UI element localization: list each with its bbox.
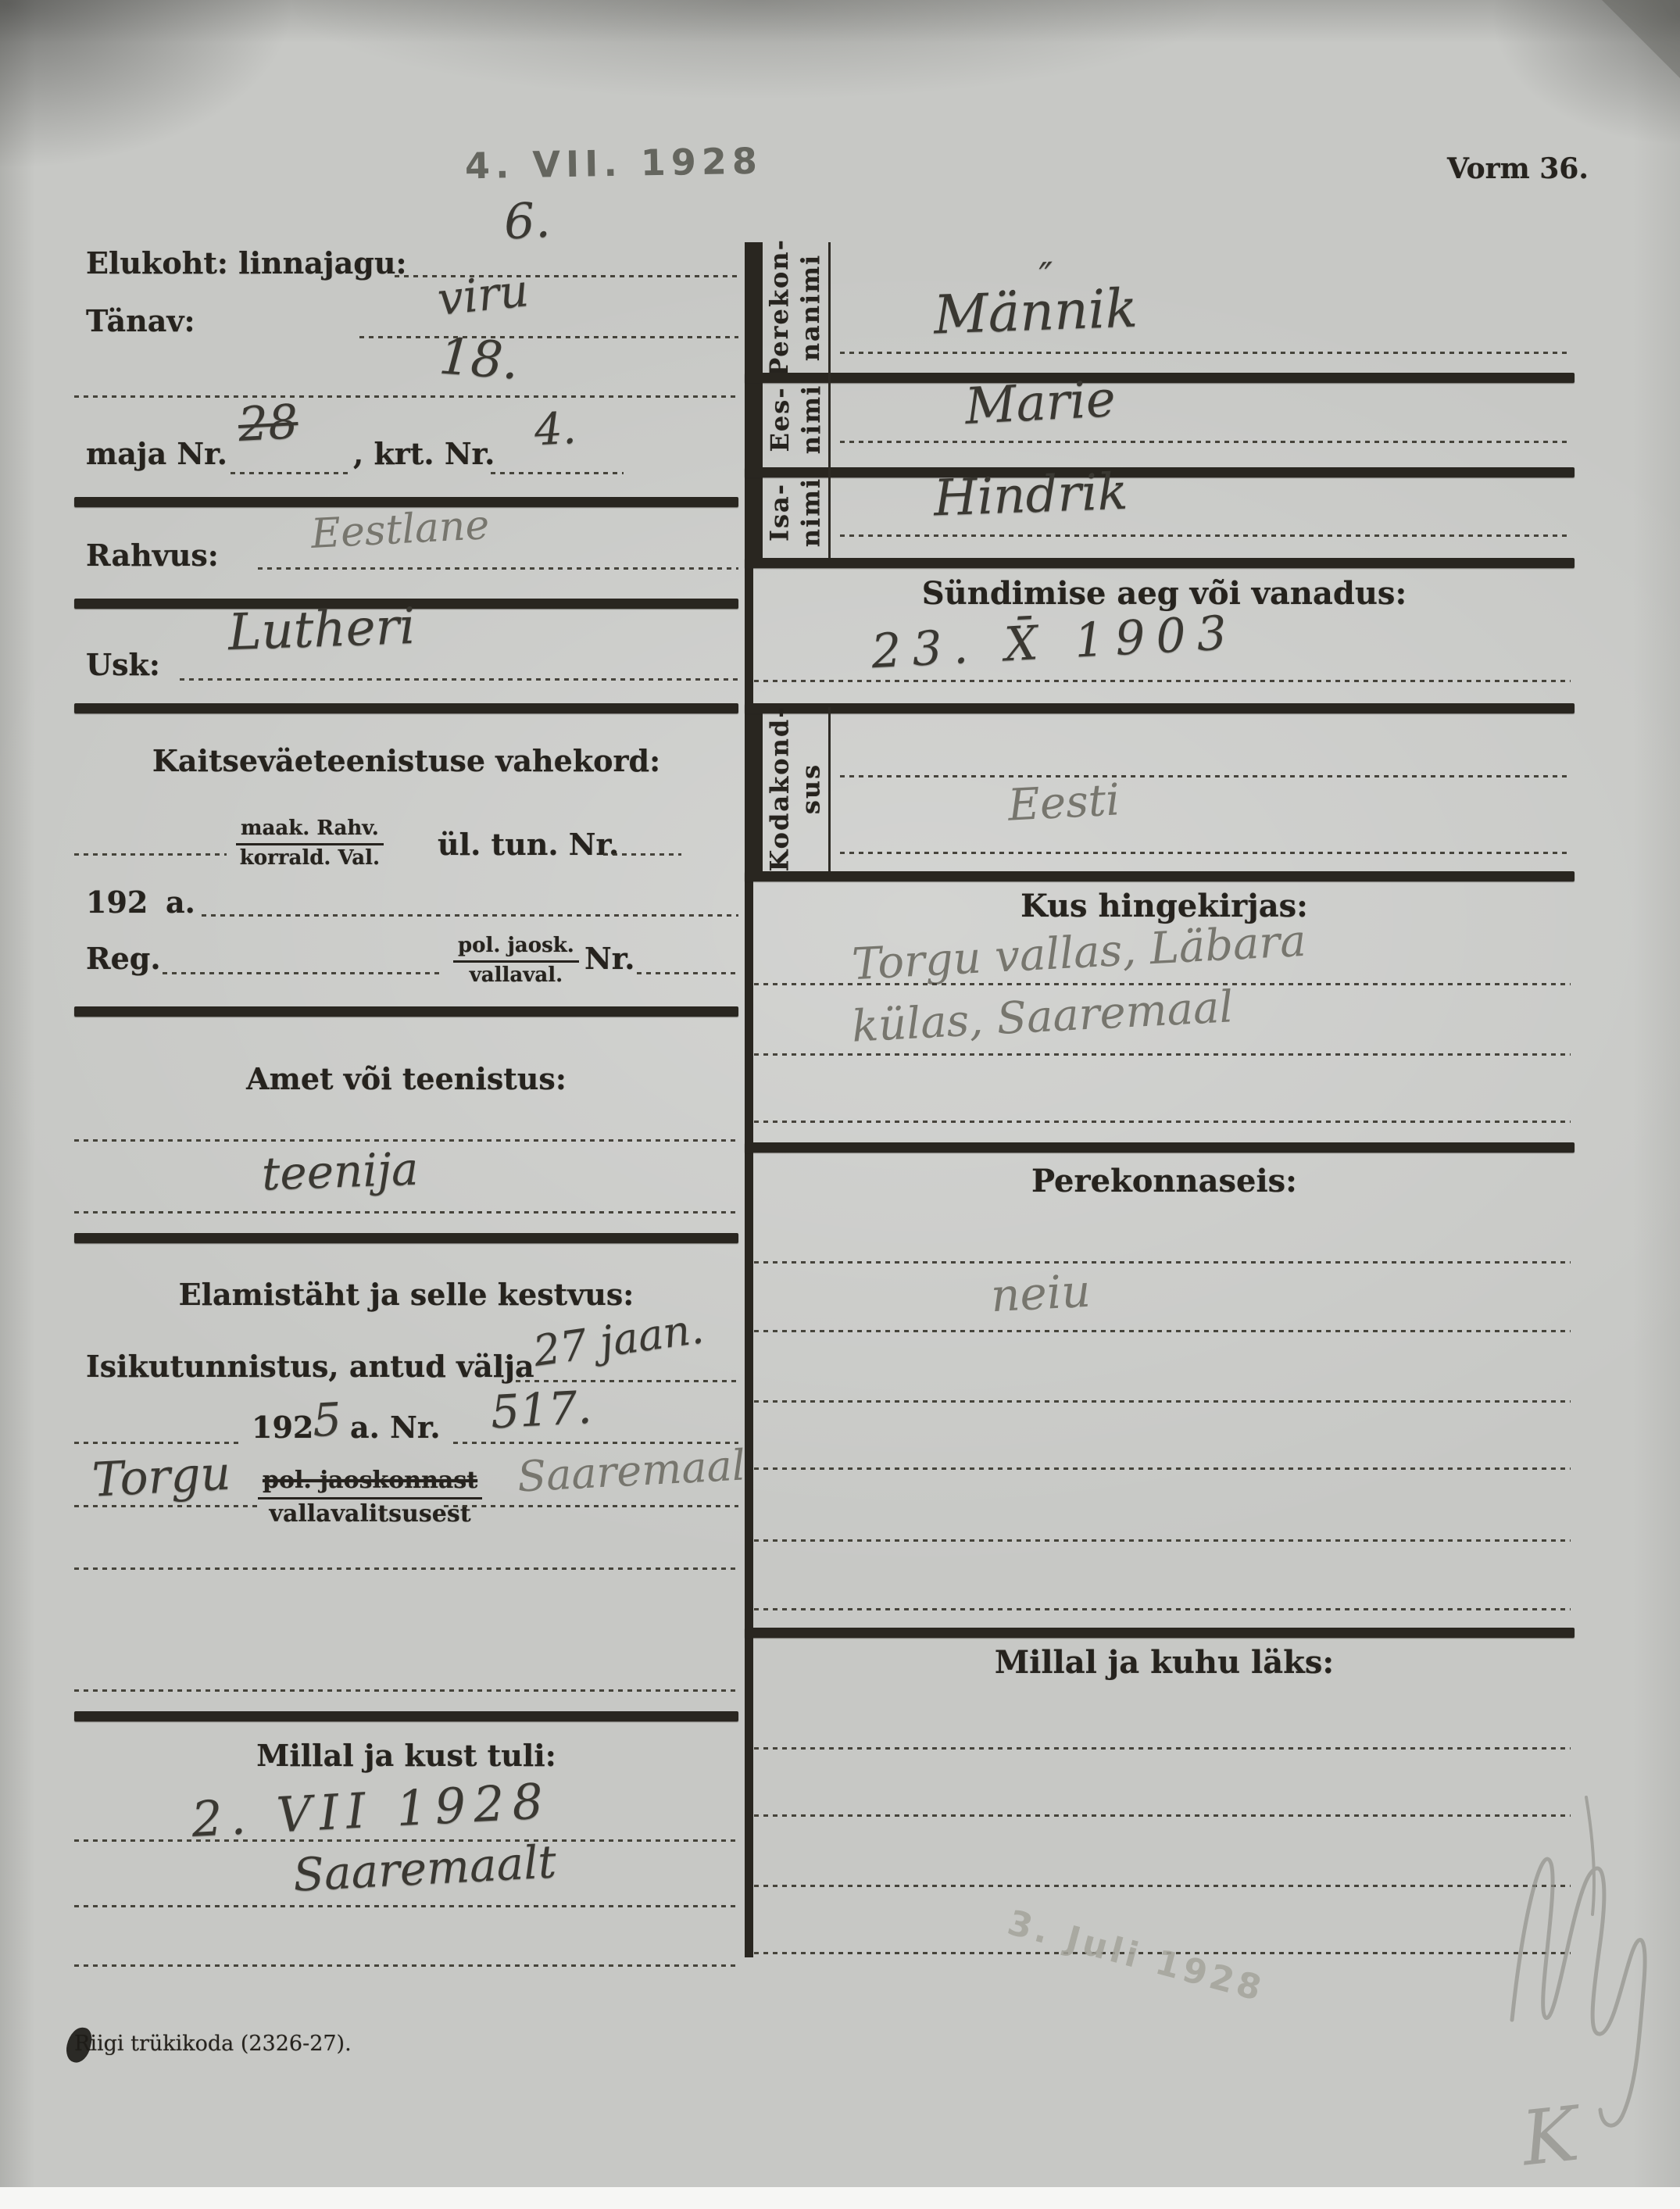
label-line: Perekon- [763,238,795,377]
dotted-line [754,1539,1571,1542]
id-place-handwritten: Torgu [91,1449,232,1503]
reg-nr-label: Nr. [584,944,635,974]
section-rule [74,1711,738,1721]
dotted-line [603,853,681,856]
maja-nr-label: maja Nr. [86,439,227,469]
section-rule [74,1233,738,1243]
dotted-line [840,352,1571,354]
section-rule [745,1142,1575,1153]
usk-label: Usk: [86,650,160,680]
tanav-value-handwritten: viru [435,267,531,322]
label-line: sus [795,763,826,814]
surname-vertical-label: Perekon- nanimi [761,242,827,373]
krt-nr-label: , krt. Nr. [353,439,495,469]
dotted-line [74,395,738,398]
dotted-line [754,1608,1571,1610]
military-issuer-fraction: maak. Rahv. korrald. Val. [236,817,384,870]
year-a-label: a. [166,888,195,917]
dotted-line [74,1505,258,1507]
maja-nr-struck-value: 28 [237,399,298,449]
label-separator [828,242,831,373]
dotted-line [74,1964,738,1967]
reg-label: Reg. [86,944,161,974]
reg-issuer-fraction: pol. jaosk. vallaval. [453,935,579,988]
label-separator [828,467,831,558]
section-rule [745,467,1575,477]
date-received-stamp: 4. VII. 1928 [465,140,763,188]
dotted-line [840,441,1571,443]
signature-stroke [1586,1797,1594,1914]
fraction-top: maak. Rahv. [236,817,384,845]
krt-nr-value: 4. [534,407,577,453]
rahvus-value-handwritten: Eestlane [310,505,491,555]
label-side-bar [745,373,763,467]
fathername-vertical-label: Isa- nimi [762,467,828,558]
dotted-line [840,775,1571,777]
house-number-correction: 18. [438,332,520,388]
marital-status-header: Perekonnaseis: [754,1166,1575,1197]
dotted-line [754,1400,1571,1403]
dotted-line [163,972,442,974]
dotted-line [754,680,1571,682]
dotted-line [180,678,738,681]
fathername-value-handwritten: Hindrik [933,467,1128,524]
occupation-value-handwritten: teenija [261,1146,419,1197]
dotted-line [491,472,624,474]
dotted-line [74,1567,738,1570]
arrival-place-handwritten: Saaremaalt [292,1839,558,1898]
printer-imprint: Riigi trükikoda (2326-27). [74,2033,352,2054]
dotted-line [754,1261,1571,1264]
scanner-edge [0,2187,1680,2209]
pencil-signature [1469,1774,1680,2149]
section-rule [745,558,1575,568]
signature-stroke [1512,1859,1645,2125]
dotted-line [754,1747,1571,1750]
birthdate-header: Sündimise aeg või vanadus: [754,578,1575,609]
dotted-line [74,1211,738,1214]
dotted-line [840,534,1571,537]
label-line: nanimi [795,254,826,361]
ul-tun-nr-label: ül. tun. Nr. [438,830,619,860]
dotted-line [74,1905,738,1907]
scanned-registration-form: 4. VII. 1928 Vorm 36. Elukoht: linnajagu… [0,0,1680,2209]
citizenship-value-handwritten: Eesti [1007,778,1121,827]
year-192-label: 192 [86,888,148,917]
marital-status-value-handwritten: neiu [990,1268,1092,1319]
fraction-bottom: korrald. Val. [236,845,384,870]
firstname-value-handwritten: Marie [963,374,1117,432]
elukoht-label: Elukoht: linnajagu: [86,248,407,278]
section-rule [74,1006,738,1017]
surname-value-handwritten: Männik [933,282,1138,342]
military-service-header: Kaitseväeteenistuse vahekord: [74,746,738,776]
id-issuer-fraction: pol. jaoskonnast vallavalitsusest [258,1467,482,1528]
fraction-top-struck: pol. jaoskonnast [258,1467,482,1499]
section-rule [745,703,1575,713]
id-region-handwritten: Saaremaal [517,1444,746,1498]
dotted-line [74,1442,242,1444]
label-line: nimi [795,384,827,454]
dotted-line [754,1467,1571,1470]
residence-permit-header: Elamistäht ja selle kestvus: [74,1280,738,1310]
label-separator [828,373,831,467]
dotted-line [74,1139,738,1142]
fraction-top: pol. jaosk. [453,935,579,963]
dotted-line [754,1885,1571,1887]
label-line: Ees- [764,386,795,452]
dotted-line [74,1839,738,1842]
elukoht-value-handwritten: 6. [502,195,551,246]
section-rule [745,1628,1575,1638]
section-rule [745,871,1575,881]
corner-fold [1602,0,1680,78]
parish-register-header: Kus hingekirjas: [754,891,1575,922]
rahvus-label: Rahvus: [86,541,219,570]
usk-value-handwritten: Lutheri [227,602,416,658]
dotted-line [754,1330,1571,1332]
label-side-bar [745,242,763,373]
dotted-line [74,853,227,856]
fraction-bottom: vallavalitsusest [258,1499,482,1528]
pencil-letter-mark: K [1517,2090,1582,2183]
dotted-line [258,567,738,570]
id-number-handwritten: 517. [490,1385,593,1435]
fraction-bottom: vallaval. [453,963,579,988]
form-number: Vorm 36. [1447,155,1589,183]
label-line: Kodakond- [763,706,795,872]
dotted-line [754,1121,1571,1123]
firstname-vertical-label: Ees- nimi [762,372,828,466]
dotted-line [754,1053,1571,1056]
section-rule [74,703,738,713]
section-rule [745,373,1575,383]
arrival-header: Millal ja kust tuli: [74,1741,738,1771]
occupation-header: Amet või teenistus: [74,1064,738,1094]
label-line: nimi [795,477,826,547]
id-year-prefix: 192 [252,1413,313,1442]
dotted-line [444,1505,738,1507]
departure-header: Millal ja kuhu läks: [754,1647,1575,1678]
dotted-line [74,1689,738,1692]
dotted-line [202,914,738,917]
tanav-label: Tänav: [86,306,195,336]
id-year-digit-handwritten: 5 [312,1396,343,1443]
label-separator [828,707,831,871]
id-a-nr-label: a. Nr. [350,1413,441,1442]
dotted-line [637,972,738,974]
dotted-line [231,472,348,474]
dotted-line [840,852,1571,854]
citizenship-vertical-label: Kodakond- sus [762,707,828,871]
id-issued-label: Isikutunnistus, antud välja [86,1352,534,1382]
dotted-line [754,1814,1571,1817]
dotted-line [359,336,738,338]
label-line: Isa- [763,483,795,542]
label-side-bar [745,707,763,871]
label-side-bar [745,467,763,558]
